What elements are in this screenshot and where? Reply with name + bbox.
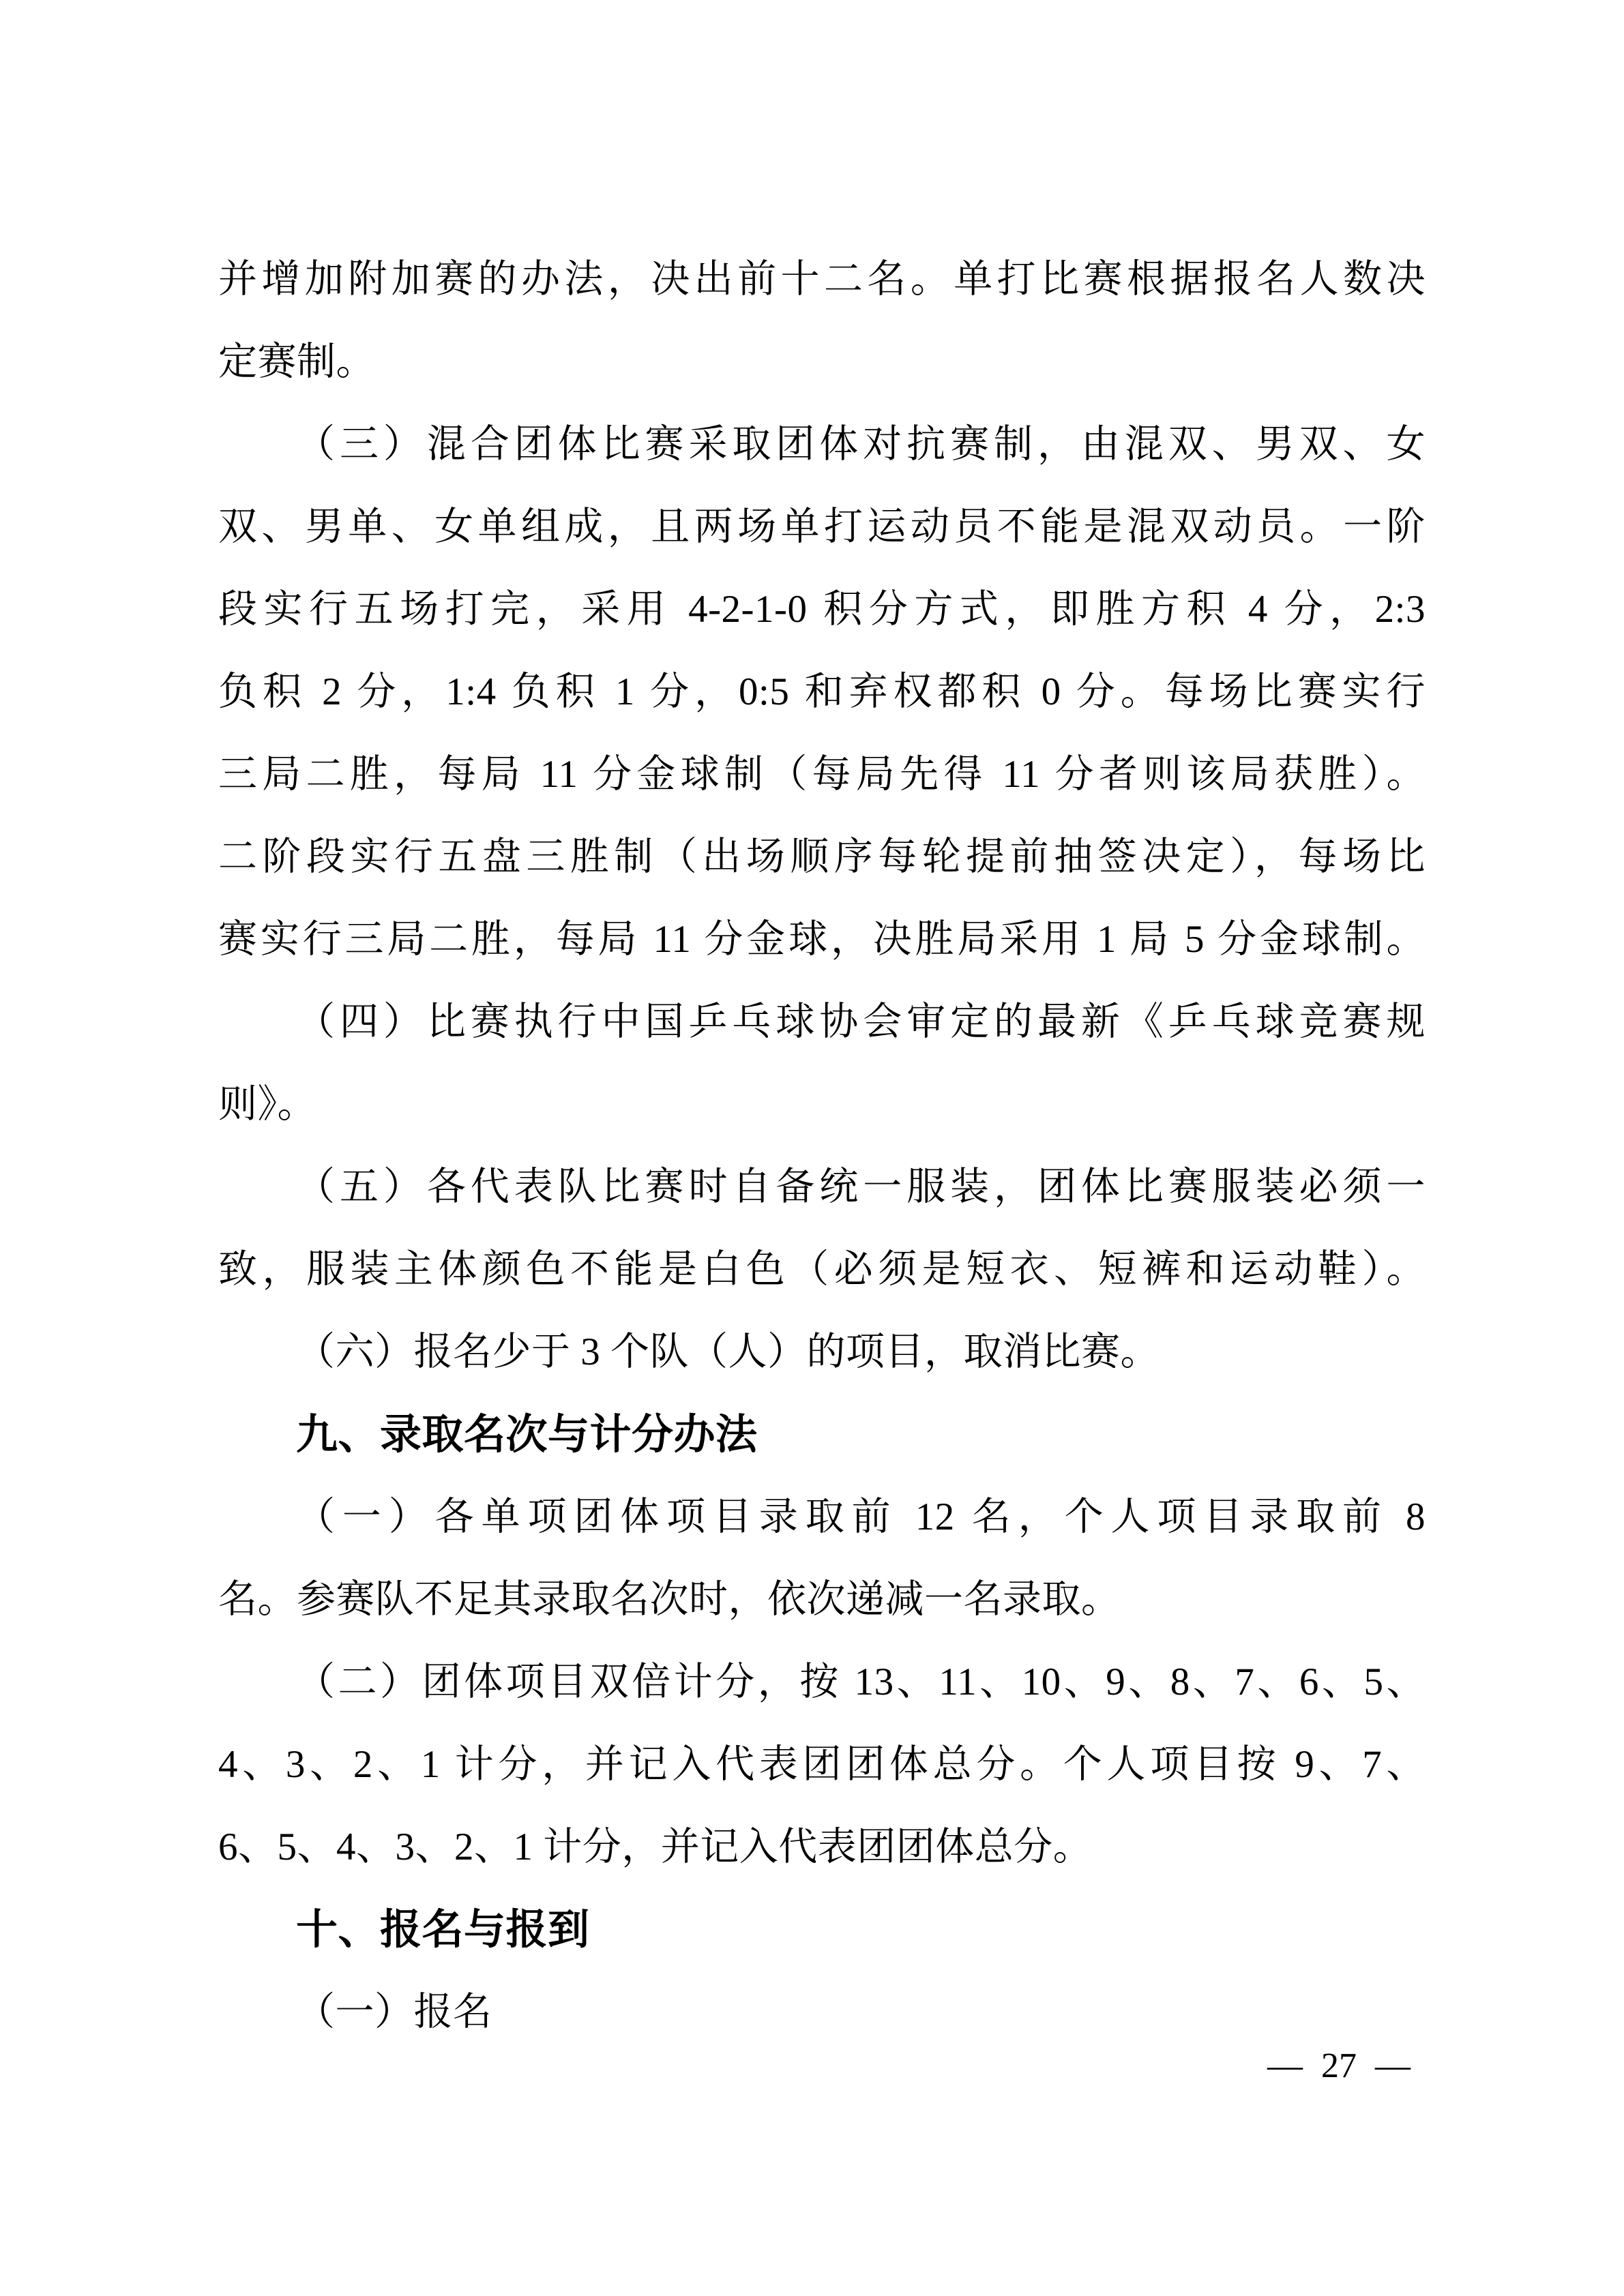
page-number: — 27 — (1267, 2047, 1411, 2085)
text-line: （四）比赛执行中国乒乓球协会审定的最新《乒乓球竞赛规 (218, 981, 1426, 1063)
text-line: （一）报名 (218, 1971, 1426, 2053)
text-line: 并增加附加赛的办法，决出前十二名。单打比赛根据报名人数决 (218, 238, 1426, 320)
text-line: 负积 2 分，1:4 负积 1 分，0:5 和弃权都积 0 分。每场比赛实行 (218, 651, 1426, 733)
text-line: （六）报名少于 3 个队（人）的项目，取消比赛。 (218, 1311, 1426, 1393)
text-line: 段实行五场打完，采用 4-2-1-0 积分方式，即胜方积 4 分，2:3 (218, 568, 1426, 651)
text-line: 名。参赛队不足其录取名次时，依次递减一名录取。 (218, 1558, 1426, 1641)
text-line: 4、3、2、1 计分，并记入代表团团体总分。个人项目按 9、7、 (218, 1723, 1426, 1806)
document-page: 并增加附加赛的办法，决出前十二名。单打比赛根据报名人数决定赛制。（三）混合团体比… (0, 0, 1624, 2296)
text-line: 致，服装主体颜色不能是白色（必须是短衣、短裤和运动鞋）。 (218, 1228, 1426, 1311)
text-line: 赛实行三局二胜，每局 11 分金球，决胜局采用 1 局 5 分金球制。 (218, 898, 1426, 981)
text-line: 则》。 (218, 1063, 1426, 1146)
section-heading: 十、报名与报到 (218, 1888, 1426, 1971)
text-line: （三）混合团体比赛采取团体对抗赛制，由混双、男双、女 (218, 403, 1426, 486)
text-line: 双、男单、女单组成，且两场单打运动员不能是混双动员。一阶 (218, 486, 1426, 568)
text-line: （二）团体项目双倍计分，按 13、11、10、9、8、7、6、5、 (218, 1641, 1426, 1723)
text-line: （一）各单项团体项目录取前 12 名，个人项目录取前 8 (218, 1476, 1426, 1558)
text-line: 定赛制。 (218, 320, 1426, 403)
text-line: （五）各代表队比赛时自备统一服装，团体比赛服装必须一 (218, 1146, 1426, 1228)
text-line: 三局二胜，每局 11 分金球制（每局先得 11 分者则该局获胜）。 (218, 733, 1426, 816)
section-heading: 九、录取名次与计分办法 (218, 1393, 1426, 1476)
document-body: 并增加附加赛的办法，决出前十二名。单打比赛根据报名人数决定赛制。（三）混合团体比… (218, 238, 1426, 2053)
text-line: 6、5、4、3、2、1 计分，并记入代表团团体总分。 (218, 1806, 1426, 1888)
text-line: 二阶段实行五盘三胜制（出场顺序每轮提前抽签决定），每场比 (218, 816, 1426, 898)
